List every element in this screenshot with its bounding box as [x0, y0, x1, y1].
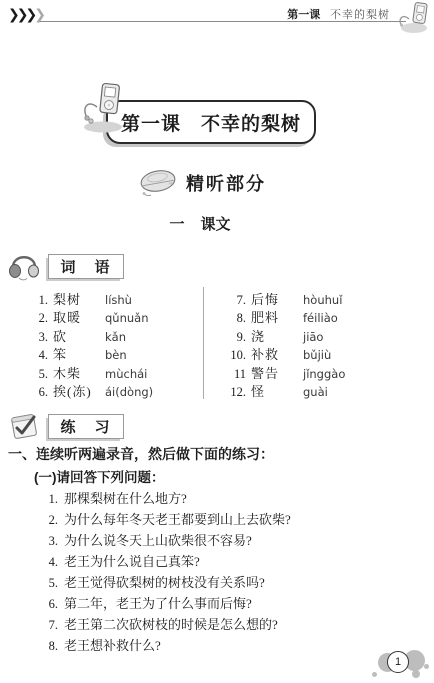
vocab-number: 10.	[228, 348, 246, 363]
question-text: 为什么说冬天上山砍柴很不容易?	[64, 530, 252, 549]
question-number: 5.	[42, 576, 58, 591]
vocab-pinyin: bǔjiù	[303, 348, 331, 362]
bubble-decoration	[372, 672, 377, 677]
question-item: 6.第二年，老王为了什么事而后悔?	[42, 593, 291, 614]
vocab-word: 怪	[251, 381, 303, 400]
vocab-number: 3.	[30, 330, 48, 345]
listening-section-title: 精听部分	[186, 170, 266, 196]
header-chevrons-icon: ❯❯❯❯	[8, 8, 43, 22]
vocab-item: 3.砍kǎn	[30, 326, 202, 344]
mp3-player-earphones-icon	[80, 82, 130, 134]
vocab-pinyin: hòuhuǐ	[303, 293, 342, 307]
vocab-item: 11警告jǐnggào	[228, 363, 413, 381]
vocab-pinyin: jiāo	[303, 330, 323, 344]
chevron-icon: ❯	[8, 7, 17, 23]
question-list: 1.那棵梨树在什么地方? 2.为什么每年冬天老王都要到山上去砍柴? 3.为什么说…	[42, 488, 291, 656]
question-text: 老王觉得砍梨树的树枝没有关系吗?	[64, 572, 265, 591]
vocab-pinyin: ái(dòng)	[105, 385, 153, 399]
subsection-number: 一	[169, 216, 184, 233]
mp3-player-icon	[398, 0, 432, 34]
question-number: 7.	[42, 618, 58, 633]
page-number: 1	[387, 651, 409, 673]
vocab-word: 砍	[53, 326, 105, 345]
listening-section-heading: 精听部分	[138, 168, 266, 198]
vocab-word: 挨(冻)	[53, 381, 105, 400]
question-number: 6.	[42, 597, 58, 612]
vocab-word: 肥料	[251, 307, 303, 326]
exercise-section-label: 练 习	[48, 414, 124, 439]
headphones-icon	[8, 250, 40, 282]
running-head: 第一课 不幸的梨树	[287, 6, 390, 22]
vocab-item: 7.后悔hòuhuǐ	[228, 289, 413, 307]
vocab-word: 梨树	[53, 289, 105, 308]
vocab-number: 5.	[30, 367, 48, 382]
lesson-title-text: 第一课 不幸的梨树	[121, 109, 301, 136]
question-number: 1.	[42, 492, 58, 507]
vocab-number: 11	[228, 367, 246, 382]
question-number: 2.	[42, 513, 58, 528]
vocab-word: 浇	[251, 326, 303, 345]
vocab-pinyin: féiliào	[303, 311, 338, 325]
question-item: 3.为什么说冬天上山砍柴很不容易?	[42, 530, 291, 551]
vocab-item: 12.怪guài	[228, 381, 413, 399]
vocab-pinyin: qǔnuǎn	[105, 311, 149, 325]
vocab-item: 6.挨(冻)ái(dòng)	[30, 381, 202, 399]
subsection-title: 课文	[201, 216, 231, 233]
question-item: 4.老王为什么说自己真笨?	[42, 551, 291, 572]
question-item: 8.老王想补救什么?	[42, 635, 291, 656]
vocab-item: 1.梨树líshù	[30, 289, 202, 307]
vocab-pinyin: bèn	[105, 348, 127, 362]
vocab-number: 1.	[30, 293, 48, 308]
workbook-page: { "header": { "chevrons": ["❯","❯","❯","…	[0, 0, 434, 683]
question-item: 2.为什么每年冬天老王都要到山上去砍柴?	[42, 509, 291, 530]
question-number: 4.	[42, 555, 58, 570]
vocab-item: 9.浇jiāo	[228, 326, 413, 344]
vocab-item: 5.木柴mùchái	[30, 363, 202, 381]
exercise-instruction: 一、连续听两遍录音，然后做下面的练习：	[8, 444, 274, 464]
vocab-list: 1.梨树líshù 2.取暖qǔnuǎn 3.砍kǎn 4.笨bèn 5.木柴m…	[30, 289, 414, 399]
exercise-sub-instruction: (一)请回答下列问题：	[34, 466, 165, 486]
vocab-number: 6.	[30, 385, 48, 400]
vocab-number: 7.	[228, 293, 246, 308]
vocab-column-right: 7.后悔hòuhuǐ 8.肥料féiliào 9.浇jiāo 10.补救bǔji…	[228, 289, 413, 399]
question-number: 8.	[42, 639, 58, 654]
vocab-word: 警告	[251, 363, 303, 382]
vocab-pinyin: kǎn	[105, 330, 126, 344]
question-text: 老王为什么说自己真笨?	[64, 551, 200, 570]
vocab-number: 8.	[228, 311, 246, 326]
vocab-word: 后悔	[251, 289, 303, 308]
notepad-pencil-icon	[8, 410, 40, 442]
vocab-pinyin: guài	[303, 385, 328, 399]
question-text: 老王想补救什么?	[64, 635, 161, 654]
vocab-pinyin: líshù	[105, 293, 132, 307]
vocab-pinyin: mùchái	[105, 367, 147, 381]
bubble-decoration	[424, 664, 429, 669]
vocab-item: 8.肥料féiliào	[228, 307, 413, 325]
vocab-word: 补救	[251, 344, 303, 363]
question-number: 3.	[42, 534, 58, 549]
running-head-title: 不幸的梨树	[330, 9, 390, 21]
vocab-section-header: 词 语	[8, 250, 124, 282]
lesson-title-banner: 第一课 不幸的梨树	[106, 100, 316, 144]
page-number-bubbles: 1	[372, 648, 430, 680]
vocab-word: 笨	[53, 344, 105, 363]
vocab-pinyin: jǐnggào	[303, 367, 345, 381]
question-text: 那棵梨树在什么地方?	[64, 488, 187, 507]
vocab-number: 12.	[228, 385, 246, 400]
subsection-heading: 一课文	[0, 213, 400, 234]
exercise-section-header: 练 习	[8, 410, 124, 442]
vocab-word: 取暖	[53, 307, 105, 326]
vocab-item: 10.补救bǔjiù	[228, 344, 413, 362]
vocab-number: 2.	[30, 311, 48, 326]
vocab-item: 4.笨bèn	[30, 344, 202, 362]
question-text: 第二年，老王为了什么事而后悔?	[64, 593, 252, 612]
question-item: 1.那棵梨树在什么地方?	[42, 488, 291, 509]
vocab-number: 4.	[30, 348, 48, 363]
bubble-decoration	[412, 670, 420, 678]
question-text: 为什么每年冬天老王都要到山上去砍柴?	[64, 509, 291, 528]
question-item: 5.老王觉得砍梨树的树枝没有关系吗?	[42, 572, 291, 593]
vocab-item: 2.取暖qǔnuǎn	[30, 307, 202, 325]
chevron-icon: ❯	[25, 7, 34, 23]
cd-player-icon	[138, 168, 180, 198]
vocab-word: 木柴	[53, 363, 105, 382]
question-text: 老王第二次砍树枝的时候是怎么想的?	[64, 614, 278, 633]
vocab-number: 9.	[228, 330, 246, 345]
running-head-lesson: 第一课	[287, 9, 320, 21]
vocab-column-left: 1.梨树líshù 2.取暖qǔnuǎn 3.砍kǎn 4.笨bèn 5.木柴m…	[30, 289, 202, 399]
vocab-section-label: 词 语	[48, 254, 124, 279]
question-item: 7.老王第二次砍树枝的时候是怎么想的?	[42, 614, 291, 635]
